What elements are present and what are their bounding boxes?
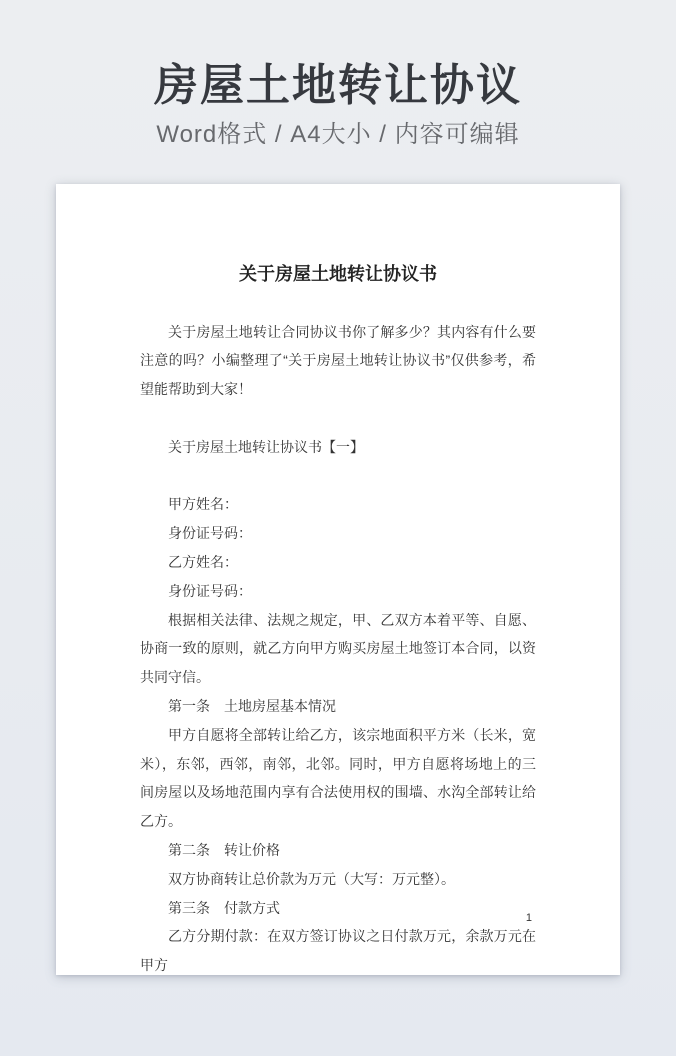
doc-paragraph: 乙方分期付款：在双方签订协议之日付款万元，余款万元在甲方: [140, 922, 536, 980]
doc-paragraph: 身份证号码：: [140, 519, 536, 548]
doc-paragraph: 第二条 转让价格: [140, 836, 536, 865]
page-number: 1: [526, 911, 532, 925]
document-page-preview: 关于房屋土地转让协议书 关于房屋土地转让合同协议书你了解多少？其内容有什么要注意…: [56, 184, 620, 975]
doc-paragraph: 甲方自愿将全部转让给乙方，该宗地面积平方米（长米，宽米），东邻，西邻，南邻，北邻…: [140, 721, 536, 836]
doc-paragraph: 根据相关法律、法规之规定，甲、乙双方本着平等、自愿、协商一致的原则，就乙方向甲方…: [140, 606, 536, 692]
template-header: 房屋土地转让协议 Word格式 / A4大小 / 内容可编辑: [0, 0, 676, 152]
doc-paragraph: 身份证号码：: [140, 577, 536, 606]
document-body: 关于房屋土地转让协议书 关于房屋土地转让合同协议书你了解多少？其内容有什么要注意…: [56, 184, 620, 980]
doc-paragraph: 双方协商转让总价款为万元（大写：万元整）。: [140, 865, 536, 894]
blank-line: [140, 462, 536, 491]
doc-paragraph: 乙方姓名：: [140, 548, 536, 577]
doc-paragraph: 第三条 付款方式: [140, 894, 536, 923]
document-title: 关于房屋土地转让协议书: [140, 260, 536, 289]
blank-line: [140, 404, 536, 433]
doc-paragraph: 第一条 土地房屋基本情况: [140, 692, 536, 721]
blank-line: [140, 289, 536, 318]
template-title: 房屋土地转让协议: [0, 58, 676, 114]
document-paragraphs: 关于房屋土地转让合同协议书你了解多少？其内容有什么要注意的吗？小编整理了“关于房…: [140, 318, 536, 980]
doc-paragraph: 关于房屋土地转让合同协议书你了解多少？其内容有什么要注意的吗？小编整理了“关于房…: [140, 318, 536, 404]
doc-paragraph: 关于房屋土地转让协议书【一】: [140, 433, 536, 462]
template-subtitle: Word格式 / A4大小 / 内容可编辑: [0, 118, 676, 152]
doc-paragraph: 甲方姓名：: [140, 490, 536, 519]
